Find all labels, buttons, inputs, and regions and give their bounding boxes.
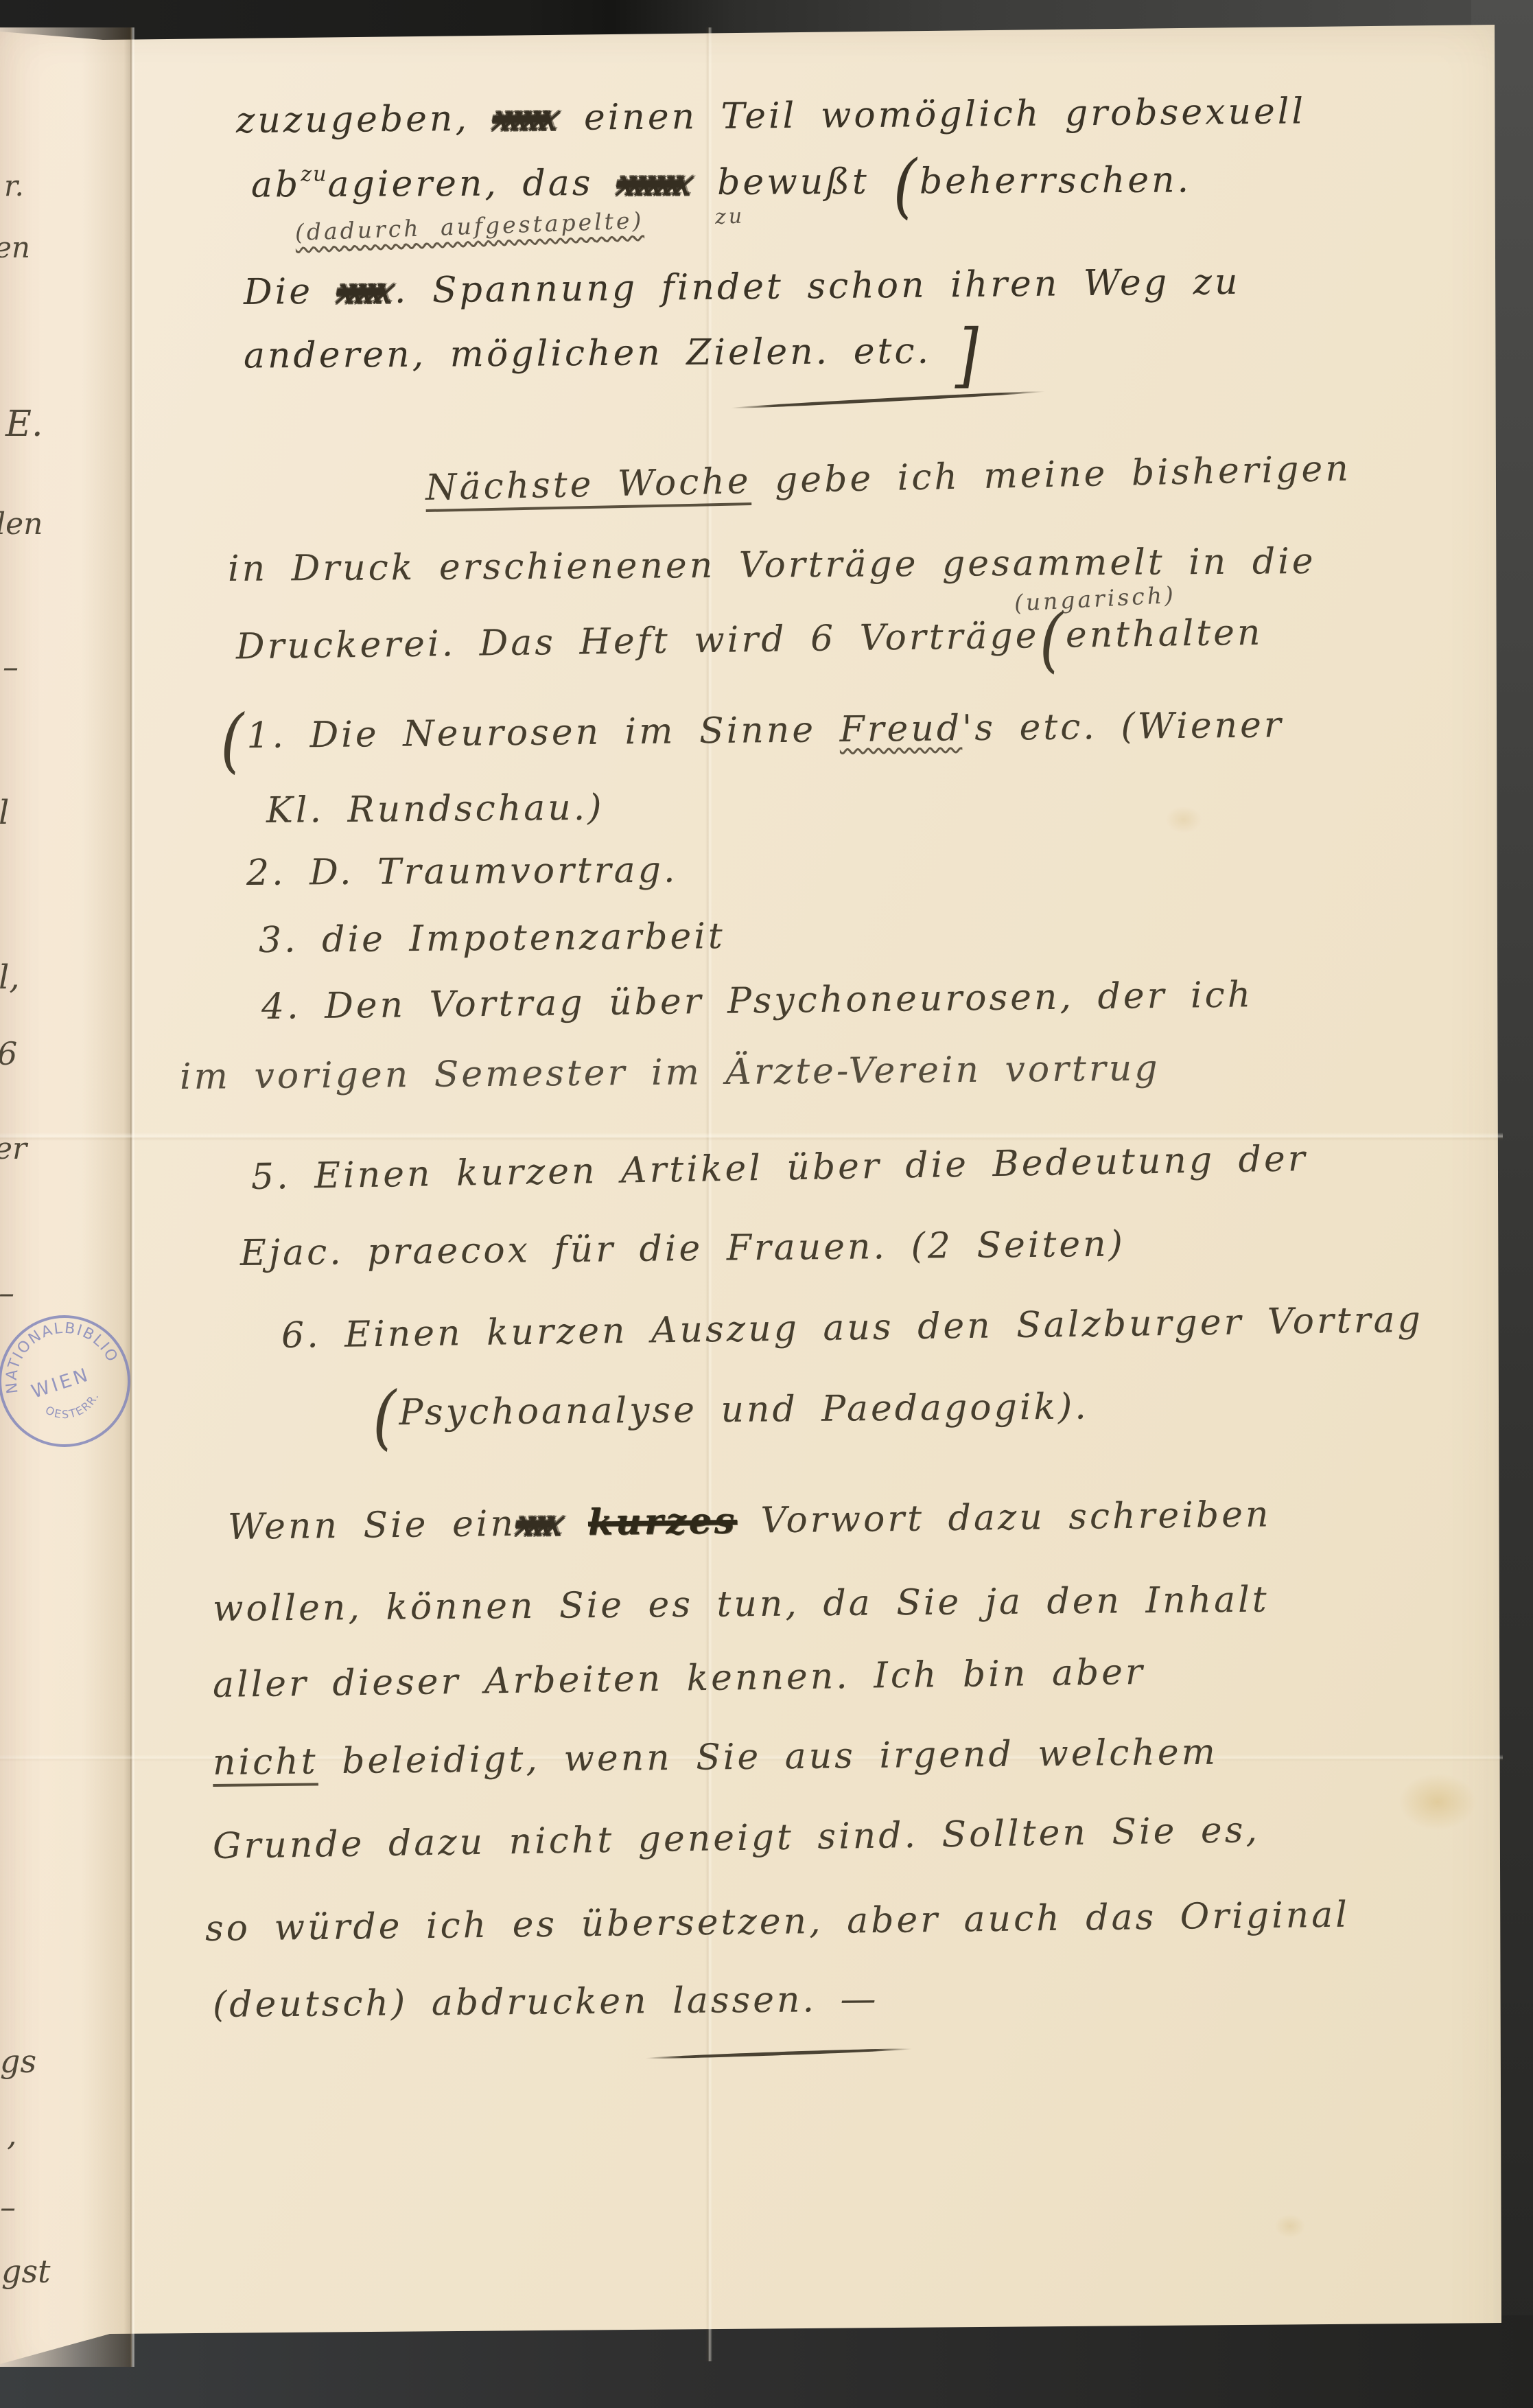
margin-text-fragment: len (0, 509, 43, 540)
handwritten-line: im vorigen Semester im Ärzte-Verein vort… (180, 1051, 1160, 1095)
handwritten-text: Nächste Woche (425, 461, 751, 509)
handwritten-text: anderen, möglichen Zielen. etc. (244, 330, 955, 376)
stamp-center-text: WIEN (29, 1364, 93, 1403)
handwritten-text: ] (955, 327, 981, 384)
handwritten-text: zu (301, 162, 327, 186)
handwritten-text: einen Teil womöglich grobsexuell (560, 91, 1306, 138)
margin-text-fragment: 6 (0, 1038, 17, 1069)
crossed-out-word: kurzes (588, 1500, 738, 1544)
margin-text-fragment: E. (5, 406, 43, 442)
handwritten-text: Kl. Rundschau.) (266, 787, 605, 831)
handwritten-text: ( (893, 159, 920, 215)
handwritten-line: zuzugeben, xxxxxx einen Teil womöglich g… (236, 93, 1306, 139)
margin-text-fragment: er (0, 1134, 27, 1164)
handwritten-text: ( (373, 1389, 399, 1446)
handwritten-text: (deutsch) abdrucken lassen. — (213, 1979, 879, 2026)
handwritten-line: anderen, möglichen Zielen. etc. ] (244, 331, 982, 384)
handwritten-text: zuzugeben, (236, 98, 493, 141)
handwritten-text: Die (244, 271, 337, 313)
handwritten-text: ab (251, 164, 301, 205)
handwritten-line: (deutsch) abdrucken lassen. — (213, 1982, 879, 2023)
handwritten-text: beherrschen. (920, 159, 1191, 202)
margin-text-fragment: – (0, 1277, 14, 1308)
margin-text-fragment: , (7, 2118, 17, 2150)
handwritten-text: 3. die Impotenzarbeit (259, 916, 725, 961)
handwritten-text: ( (1039, 612, 1066, 669)
handwritten-text (564, 1503, 588, 1544)
crossed-out-word: xxxxxx (489, 100, 564, 137)
margin-text-fragment: en (0, 233, 30, 262)
crossed-out-word: xxxx (513, 1505, 568, 1542)
margin-text-fragment: gst (1, 2256, 51, 2287)
handwritten-text: 1. Die Neurosen im Sinne (246, 709, 840, 756)
handwritten-text: nicht (213, 1741, 318, 1783)
margin-text-fragment: l (0, 796, 9, 829)
handwritten-text: agieren, das (327, 163, 617, 205)
margin-text-fragment: – (3, 651, 19, 682)
handwritten-line: in Druck erschienenen Vorträge gesammelt… (228, 544, 1316, 587)
scanned-letter-page: NATIONALBIBLIOTHEK WIEN OESTERR. r.enE.l… (0, 0, 1533, 2408)
handwritten-text: Vorwort dazu schreiben (737, 1494, 1272, 1542)
handwritten-line: 2. D. Traumvortrag. (246, 853, 678, 891)
handwritten-text: zu (714, 205, 745, 229)
handwritten-text: im vorigen Semester im Ärzte-Verein vort… (180, 1048, 1160, 1098)
handwritten-text: Wenn Sie ein (228, 1503, 517, 1548)
handwritten-text: Freud (839, 708, 962, 750)
margin-text-fragment: gs (0, 2046, 36, 2077)
handwritten-line: 3. die Impotenzarbeit (259, 918, 725, 958)
handwritten-line: Ejac. praecox für die Frauen. (2 Seiten) (240, 1226, 1125, 1271)
handwritten-line: Kl. Rundschau.) (266, 790, 605, 829)
handwritten-text: 2. D. Traumvortrag. (246, 850, 678, 894)
handwritten-text: bewußt (693, 161, 893, 204)
handwritten-text: 's etc. (Wiener (962, 704, 1284, 749)
margin-text-fragment: – (0, 2191, 16, 2223)
handwritten-line: nicht beleidigt, wenn Sie aus irgend wel… (213, 1735, 1218, 1781)
crossed-out-word: xxxxx (333, 273, 398, 310)
handwritten-line: zu (714, 207, 745, 228)
handwritten-line: wollen, können Sie es tun, da Sie ja den… (213, 1582, 1269, 1627)
handwritten-text: enthalten (1066, 612, 1263, 656)
margin-text-fragment: l, (0, 961, 20, 994)
handwritten-line: (Psychoanalyse und Paedagogik). (373, 1387, 1089, 1442)
handwritten-text: Psychoanalyse und Paedagogik). (399, 1386, 1089, 1433)
margin-text-fragment: r. (4, 172, 24, 200)
crossed-out-word: xxxxxxx (613, 165, 697, 201)
handwritten-text: ( (220, 713, 247, 769)
